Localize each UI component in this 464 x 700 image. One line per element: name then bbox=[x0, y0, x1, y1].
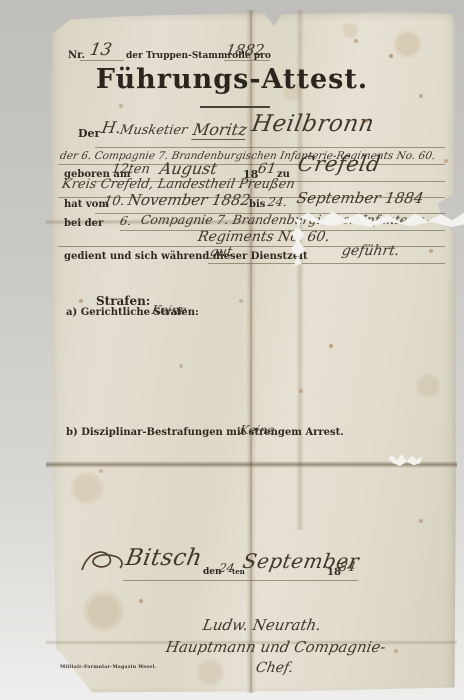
strafen-b-label: b) Disziplinar-Bestrafungen mit strengem… bbox=[66, 427, 344, 438]
conduct-suffix: geführt. bbox=[341, 243, 401, 259]
nr-label: Nr. bbox=[68, 50, 85, 61]
service-to-day: 24. bbox=[267, 195, 289, 209]
roll-year: 1882 bbox=[224, 41, 265, 59]
bei-der-label: bei der bbox=[64, 218, 103, 229]
title-underline bbox=[200, 106, 270, 108]
service-unit-2: Regiments No. 60. bbox=[197, 229, 332, 245]
signature-title-2: Chef. bbox=[255, 660, 295, 676]
rank: Musketier bbox=[119, 123, 189, 138]
document-title: Führungs-Attest. bbox=[0, 64, 464, 95]
rule-name bbox=[95, 147, 445, 148]
conduct-label: gedient und sich während dieser Dienstze… bbox=[64, 251, 308, 262]
district-line: Kreis Crefeld, Landestheil Preußen bbox=[61, 177, 296, 192]
nr-value: 13 bbox=[88, 40, 113, 60]
rule-date bbox=[123, 580, 358, 581]
service-from-day: 10. bbox=[103, 194, 126, 209]
signature-title-1: Hauptmann und Compagnie- bbox=[164, 638, 387, 656]
der-label: Der bbox=[78, 127, 100, 140]
service-from: November 1882 bbox=[126, 191, 252, 209]
last-name: Heilbronn bbox=[250, 111, 377, 137]
printer-imprint: Militair-Formular-Magazin Wesel. bbox=[60, 664, 156, 669]
conduct-value: gut bbox=[209, 245, 234, 260]
first-name: Moritz bbox=[191, 120, 248, 140]
document-photo: Nr. 13 der Truppen-Stammrolle pro 1882 F… bbox=[0, 0, 464, 700]
born-month: August bbox=[158, 159, 218, 178]
rule-nr bbox=[80, 60, 124, 61]
signature-flourish-icon bbox=[80, 548, 126, 578]
paper-sheet bbox=[46, 10, 457, 693]
strafen-a-value: Keine bbox=[151, 303, 188, 317]
issue-place: Bitsch bbox=[124, 545, 205, 571]
rule-conduct bbox=[208, 263, 445, 264]
service-to: September 1884 bbox=[295, 189, 425, 207]
bis-label: bis bbox=[249, 199, 265, 210]
strafen-heading: Strafen: bbox=[96, 294, 150, 308]
issue-year: 84 bbox=[338, 560, 357, 575]
born-day: 12ten bbox=[111, 162, 151, 177]
born-year: 61 bbox=[257, 161, 278, 177]
born-place: Crefeld bbox=[296, 152, 383, 176]
strafen-b-value: Keine. bbox=[239, 423, 280, 437]
signature-name: Ludw. Neurath. bbox=[201, 616, 322, 634]
foxing-specks bbox=[0, 0, 2, 2]
